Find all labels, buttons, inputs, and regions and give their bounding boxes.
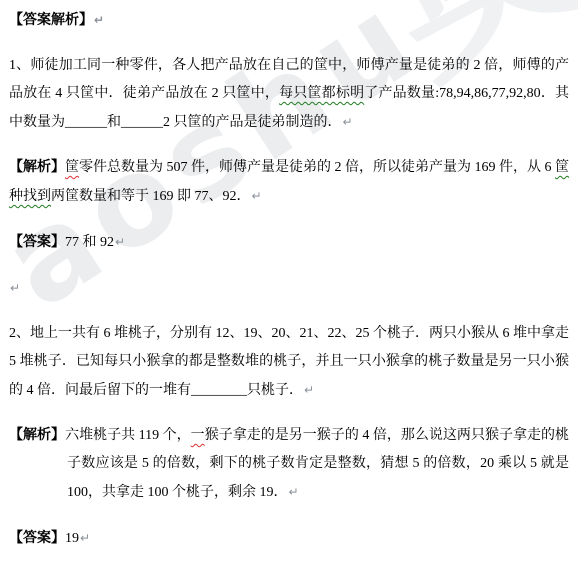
paragraph-mark: ↵ (93, 13, 104, 27)
p1-fill-blank-2: ______ (121, 115, 163, 130)
problem2-answer: 【答案】19↵ (9, 524, 569, 553)
problem2-analysis: 【解析】六堆桃子共 119 个，一猴子拿走的是另一猴子的 4 倍，那么说这两只猴… (9, 422, 569, 507)
p1-grammar-flagged-text: 每只筐都标明 (279, 86, 364, 101)
paragraph-mark: ↵ (9, 281, 20, 295)
problem1-answer: 【答案】77 和 92↵ (9, 228, 569, 257)
problem1-question: 1、师徒加工同一种零件，各人把产品放在自己的筐中，师傅产量是徒弟的 2 倍，师傅… (9, 52, 569, 137)
problem1-analysis: 【解析】筐零件总数量为 507 件，师傅产量是徒弟的 2 倍，所以徒弟产量为 1… (9, 154, 569, 211)
problem2-question: 2、地上一共有 6 堆桃子，分别有 12、19、20、21、22、25 个桃子．… (9, 320, 569, 405)
empty-paragraph: ↵ (9, 274, 569, 303)
p1-answer-value: 77 和 92 (65, 235, 114, 250)
paragraph-mark: ↵ (288, 485, 299, 499)
p1-question-text: 2 只筐的产品是徒弟制造的． (163, 115, 342, 130)
analysis-label: 【解析】 (9, 428, 65, 443)
analysis-label: 【解析】 (9, 160, 65, 175)
p2-spell-flagged-text: 一 (191, 428, 205, 443)
paragraph-mark: ↵ (251, 189, 262, 203)
p1-fill-blank-1: ______ (65, 115, 107, 130)
paragraph-mark: ↵ (342, 115, 353, 129)
p1-analysis-text: 两筐数量和等于 169 即 77、92． (51, 189, 251, 204)
p2-answer-value: 19 (65, 531, 79, 546)
answer-analysis-title: 【答案解析】↵ (9, 6, 569, 35)
p1-analysis-text: 零件总数量为 507 件，师傅产量是徒弟的 2 倍，所以徒弟产量为 169 件，… (79, 160, 555, 175)
p2-question-text: 只桃子． (247, 383, 303, 398)
p1-spell-flagged-text: 筐 (65, 160, 79, 175)
paragraph-mark: ↵ (303, 383, 314, 397)
answer-label: 【答案】 (9, 235, 65, 250)
p1-question-text: 和 (107, 115, 121, 130)
p2-fill-blank: ________ (191, 383, 247, 398)
answer-label: 【答案】 (9, 531, 65, 546)
paragraph-mark: ↵ (114, 235, 125, 249)
paragraph-mark: ↵ (79, 531, 90, 545)
p2-analysis-text: 六堆桃子共 119 个， (65, 428, 191, 443)
document-page: aoshu 奥数 【答案解析】↵ 1、师徒加工同一种零件，各人把产品放在自己的筐… (0, 0, 578, 572)
title-text: 【答案解析】 (9, 13, 93, 28)
document-body: 【答案解析】↵ 1、师徒加工同一种零件，各人把产品放在自己的筐中，师傅产量是徒弟… (0, 0, 578, 572)
